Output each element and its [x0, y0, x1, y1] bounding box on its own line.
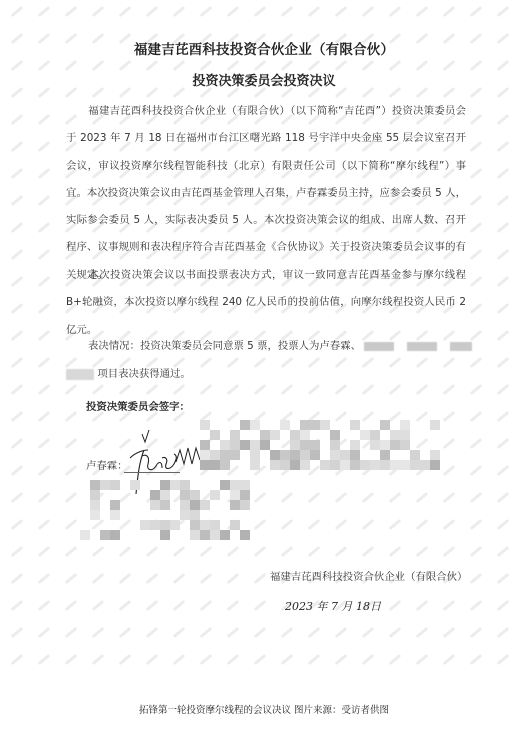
- watermark-mark: [92, 438, 105, 449]
- watermark-mark: [227, 6, 240, 17]
- document-subtitle: 投资决策委员会投资决议: [0, 70, 528, 89]
- watermark-mark: [65, 573, 78, 584]
- watermark-mark: [65, 438, 78, 449]
- watermark-mark: [200, 600, 213, 611]
- watermark-mark: [65, 465, 78, 476]
- watermark-mark: [146, 654, 159, 665]
- watermark-mark: [146, 627, 159, 638]
- redaction-pixel: [140, 520, 150, 530]
- signature-heading: 投资决策委员会签字：: [86, 398, 190, 413]
- watermark-mark: [119, 573, 132, 584]
- watermark-mark: [11, 303, 24, 314]
- watermark-mark: [416, 600, 429, 611]
- redaction-pixel: [240, 440, 250, 450]
- watermark-mark: [281, 519, 294, 530]
- watermark-mark: [38, 330, 51, 341]
- watermark-mark: [281, 492, 294, 503]
- redaction-pixel: [160, 480, 170, 490]
- watermark-mark: [254, 600, 267, 611]
- redaction-pixel: [80, 530, 90, 540]
- watermark-mark: [416, 492, 429, 503]
- watermark-mark: [227, 546, 240, 557]
- watermark-mark: [173, 546, 186, 557]
- watermark-mark: [227, 384, 240, 395]
- redaction-pixel: [380, 460, 390, 470]
- redaction-pixel: [300, 420, 310, 430]
- redaction-pixel: [240, 490, 250, 500]
- redaction-pixel: [350, 420, 360, 430]
- redaction-pixel: [170, 520, 180, 530]
- redaction-pixel: [270, 460, 280, 470]
- watermark-mark: [38, 6, 51, 17]
- watermark-mark: [254, 492, 267, 503]
- watermark-mark: [470, 465, 483, 476]
- watermark-mark: [443, 6, 456, 17]
- watermark-mark: [281, 546, 294, 557]
- redaction-pixel: [300, 430, 310, 440]
- watermark-mark: [389, 600, 402, 611]
- redaction-pixel: [160, 520, 170, 530]
- redaction-pixel: [180, 480, 190, 490]
- watermark-mark: [497, 141, 510, 152]
- redaction-pixel: [430, 460, 440, 470]
- redaction-pixel: [270, 430, 280, 440]
- watermark-mark: [119, 546, 132, 557]
- watermark-mark: [416, 357, 429, 368]
- watermark-mark: [281, 654, 294, 665]
- watermark-mark: [497, 519, 510, 530]
- watermark-mark: [254, 546, 267, 557]
- redaction-pixel: [370, 440, 380, 450]
- watermark-mark: [92, 384, 105, 395]
- watermark-mark: [11, 411, 24, 422]
- watermark-mark: [362, 519, 375, 530]
- watermark-mark: [38, 114, 51, 125]
- redaction-pixel: [190, 530, 200, 540]
- redaction-pixel: [210, 520, 220, 530]
- watermark-mark: [470, 249, 483, 260]
- watermark-mark: [119, 654, 132, 665]
- watermark-mark: [416, 519, 429, 530]
- watermark-mark: [92, 600, 105, 611]
- watermark-mark: [470, 573, 483, 584]
- watermark-mark: [416, 654, 429, 665]
- redaction-pixel: [330, 450, 340, 460]
- watermark-mark: [38, 465, 51, 476]
- watermark-mark: [11, 384, 24, 395]
- watermark-mark: [443, 492, 456, 503]
- watermark-mark: [470, 384, 483, 395]
- watermark-mark: [11, 195, 24, 206]
- redacted-name: [407, 342, 437, 351]
- redaction-pixel: [320, 460, 330, 470]
- watermark-mark: [254, 627, 267, 638]
- redaction-pixel: [300, 460, 310, 470]
- watermark-mark: [470, 411, 483, 422]
- watermark-mark: [497, 411, 510, 422]
- watermark-mark: [65, 384, 78, 395]
- redaction-pixel: [230, 500, 240, 510]
- redaction-pixel: [230, 490, 240, 500]
- image-caption: 拓锋第一轮投资摩尔线程的会议决议 图片来源：受访者供图: [0, 702, 528, 716]
- watermark-mark: [470, 195, 483, 206]
- redaction-pixel: [200, 500, 210, 510]
- watermark-mark: [65, 492, 78, 503]
- watermark-mark: [470, 600, 483, 611]
- vote-result-line: 表决情况：投资决策委员会同意票 5 票，投票人为卢春霖、: [88, 337, 472, 352]
- watermark-mark: [65, 654, 78, 665]
- redacted-name: [66, 369, 94, 380]
- redaction-pixel: [290, 450, 300, 460]
- watermark-mark: [362, 492, 375, 503]
- watermark-mark: [38, 384, 51, 395]
- redaction-pixel: [270, 450, 280, 460]
- redaction-pixel: [90, 510, 100, 520]
- watermark-mark: [389, 654, 402, 665]
- redaction-pixel: [90, 490, 100, 500]
- watermark-mark: [119, 600, 132, 611]
- redaction-pixel: [220, 480, 230, 490]
- redaction-pixel: [380, 450, 390, 460]
- watermark-mark: [497, 573, 510, 584]
- watermark-mark: [11, 492, 24, 503]
- redaction-pixel: [230, 440, 240, 450]
- watermark-mark: [443, 519, 456, 530]
- watermark-mark: [38, 627, 51, 638]
- redaction-pixel: [250, 450, 260, 460]
- watermark-mark: [38, 573, 51, 584]
- watermark-mark: [497, 249, 510, 260]
- watermark-mark: [227, 357, 240, 368]
- watermark-mark: [470, 546, 483, 557]
- watermark-mark: [200, 573, 213, 584]
- watermark-mark: [362, 384, 375, 395]
- watermark-mark: [362, 627, 375, 638]
- watermark-mark: [146, 6, 159, 17]
- watermark-mark: [497, 438, 510, 449]
- watermark-mark: [470, 627, 483, 638]
- watermark-mark: [92, 546, 105, 557]
- watermark-mark: [443, 411, 456, 422]
- redaction-pixel: [200, 420, 210, 430]
- redaction-pixel: [180, 510, 190, 520]
- redaction-pixel: [230, 450, 240, 460]
- redaction-pixel: [370, 430, 380, 440]
- watermark-mark: [92, 654, 105, 665]
- redaction-pixel: [430, 450, 440, 460]
- watermark-mark: [11, 114, 24, 125]
- redaction-pixel: [160, 530, 170, 540]
- redaction-pixel: [130, 480, 140, 490]
- watermark-mark: [497, 6, 510, 17]
- redaction-pixel: [210, 430, 220, 440]
- watermark-mark: [335, 384, 348, 395]
- watermark-mark: [38, 168, 51, 179]
- watermark-mark: [470, 438, 483, 449]
- watermark-mark: [308, 627, 321, 638]
- watermark-mark: [38, 276, 51, 287]
- watermark-mark: [146, 384, 159, 395]
- watermark-mark: [416, 384, 429, 395]
- redaction-pixel: [200, 520, 210, 530]
- watermark-mark: [335, 411, 348, 422]
- watermark-mark: [470, 357, 483, 368]
- redaction-pixel: [280, 420, 290, 430]
- watermark-mark: [470, 141, 483, 152]
- redaction-pixel: [330, 440, 340, 450]
- redaction-pixel: [360, 460, 370, 470]
- watermark-mark: [38, 141, 51, 152]
- redaction-pixel: [280, 450, 290, 460]
- redaction-pixel: [160, 500, 170, 510]
- redaction-pixel: [380, 440, 390, 450]
- redaction-pixel: [90, 480, 100, 490]
- watermark-mark: [308, 519, 321, 530]
- redaction-pixel: [420, 460, 430, 470]
- redaction-pixel: [400, 440, 410, 450]
- watermark-mark: [38, 249, 51, 260]
- watermark-mark: [254, 357, 267, 368]
- redaction-pixel: [110, 500, 120, 510]
- redacted-name: [450, 342, 472, 351]
- watermark-mark: [362, 411, 375, 422]
- watermark-mark: [200, 654, 213, 665]
- watermark-mark: [227, 627, 240, 638]
- watermark-mark: [497, 600, 510, 611]
- redaction-pixel: [280, 460, 290, 470]
- redaction-pixel: [340, 460, 350, 470]
- watermark-mark: [443, 465, 456, 476]
- redaction-pixel: [430, 420, 440, 430]
- watermark-mark: [389, 6, 402, 17]
- redaction-pixel: [330, 460, 340, 470]
- watermark-mark: [335, 6, 348, 17]
- signature-underline: [124, 472, 180, 473]
- redaction-pixel: [380, 420, 390, 430]
- watermark-mark: [362, 6, 375, 17]
- redaction-pixel: [340, 450, 350, 460]
- watermark-mark: [308, 384, 321, 395]
- redaction-pixel: [230, 430, 240, 440]
- watermark-mark: [11, 141, 24, 152]
- watermark-mark: [38, 222, 51, 233]
- watermark-mark: [65, 546, 78, 557]
- watermark-mark: [389, 546, 402, 557]
- watermark-mark: [173, 6, 186, 17]
- watermark-mark: [11, 357, 24, 368]
- watermark-mark: [227, 600, 240, 611]
- watermark-mark: [65, 6, 78, 17]
- watermark-mark: [389, 519, 402, 530]
- redaction-pixel: [220, 450, 230, 460]
- redaction-pixel: [320, 420, 330, 430]
- watermark-mark: [11, 573, 24, 584]
- watermark-mark: [335, 492, 348, 503]
- watermark-mark: [497, 276, 510, 287]
- redaction-pixel: [150, 490, 160, 500]
- watermark-mark: [11, 519, 24, 530]
- redaction-pixel: [180, 490, 190, 500]
- watermark-mark: [443, 546, 456, 557]
- watermark-mark: [173, 600, 186, 611]
- redaction-pixel: [390, 430, 400, 440]
- vote-result-suffix: 项目表决获得通过。: [97, 368, 191, 380]
- redaction-pixel: [290, 460, 300, 470]
- watermark-mark: [146, 600, 159, 611]
- watermark-mark: [497, 114, 510, 125]
- redacted-name: [364, 342, 394, 351]
- redaction-pixel: [210, 530, 220, 540]
- watermark-mark: [470, 6, 483, 17]
- watermark-mark: [11, 222, 24, 233]
- watermark-mark: [38, 195, 51, 206]
- watermark-mark: [416, 438, 429, 449]
- redaction-pixel: [400, 420, 410, 430]
- redaction-pixel: [200, 530, 210, 540]
- redaction-pixel: [100, 480, 110, 490]
- watermark-mark: [308, 654, 321, 665]
- watermark-mark: [416, 411, 429, 422]
- redaction-pixel: [290, 430, 300, 440]
- redaction-pixel: [150, 500, 160, 510]
- redaction-pixel: [390, 460, 400, 470]
- watermark-mark: [38, 492, 51, 503]
- watermark-mark: [497, 168, 510, 179]
- watermark-mark: [11, 249, 24, 260]
- redaction-pixel: [250, 460, 260, 470]
- watermark-mark: [92, 627, 105, 638]
- watermark-mark: [470, 222, 483, 233]
- watermark-mark: [335, 654, 348, 665]
- watermark-mark: [335, 546, 348, 557]
- watermark-mark: [11, 546, 24, 557]
- redaction-pixel: [400, 460, 410, 470]
- watermark-mark: [470, 330, 483, 341]
- watermark-mark: [416, 6, 429, 17]
- watermark-mark: [38, 654, 51, 665]
- redaction-pixel: [300, 440, 310, 450]
- watermark-mark: [389, 492, 402, 503]
- redaction-pixel: [250, 440, 260, 450]
- watermark-mark: [335, 519, 348, 530]
- watermark-mark: [335, 627, 348, 638]
- watermark-mark: [443, 627, 456, 638]
- watermark-mark: [389, 357, 402, 368]
- watermark-mark: [92, 573, 105, 584]
- watermark-mark: [11, 465, 24, 476]
- watermark-mark: [119, 627, 132, 638]
- watermark-mark: [200, 6, 213, 17]
- watermark-mark: [281, 384, 294, 395]
- watermark-mark: [497, 465, 510, 476]
- redaction-pixel: [310, 450, 320, 460]
- paragraph-text-1: 福建吉芘酉科技投资合伙企业（有限合伙）（以下简称“吉芘酉”）投资决策委员会于 2…: [66, 105, 466, 281]
- watermark-mark: [11, 600, 24, 611]
- watermark-mark: [11, 330, 24, 341]
- redaction-pixel: [180, 500, 190, 510]
- watermark-mark: [254, 519, 267, 530]
- redaction-pixel: [190, 490, 200, 500]
- redaction-pixel: [200, 450, 210, 460]
- watermark-mark: [38, 546, 51, 557]
- redaction-pixel: [110, 530, 120, 540]
- redaction-pixel: [190, 510, 200, 520]
- watermark-mark: [470, 168, 483, 179]
- watermark-mark: [200, 627, 213, 638]
- watermark-mark: [362, 654, 375, 665]
- redaction-pixel: [190, 500, 200, 510]
- watermark-mark: [11, 438, 24, 449]
- paragraph-resolution: 本次投资决策会议以书面投票表决方式，审议一致同意吉芘酉基金参与摩尔线程 B+轮融…: [66, 262, 466, 344]
- redaction-pixel: [110, 510, 120, 520]
- redaction-pixel: [240, 420, 250, 430]
- watermark-mark: [92, 6, 105, 17]
- watermark-mark: [308, 546, 321, 557]
- vote-result-line-2: 项目表决获得通过。: [66, 365, 191, 380]
- watermark-mark: [38, 600, 51, 611]
- watermark-mark: [497, 546, 510, 557]
- watermark-mark: [65, 600, 78, 611]
- watermark-mark: [38, 438, 51, 449]
- watermark-mark: [11, 654, 24, 665]
- watermark-mark: [470, 492, 483, 503]
- watermark-mark: [443, 357, 456, 368]
- document-page: 福建吉芘酉科技投资合伙企业（有限合伙） 投资决策委员会投资决议 福建吉芘酉科技投…: [0, 0, 528, 680]
- watermark-mark: [281, 6, 294, 17]
- redaction-pixel: [350, 460, 360, 470]
- vote-result-text: 表决情况：投资决策委员会同意票 5 票，投票人为卢春霖、: [88, 340, 361, 352]
- redaction-pixel: [160, 490, 170, 500]
- redaction-pixel: [110, 480, 120, 490]
- watermark-mark: [497, 303, 510, 314]
- watermark-mark: [470, 654, 483, 665]
- watermark-mark: [443, 654, 456, 665]
- watermark-mark: [470, 276, 483, 287]
- watermark-mark: [443, 384, 456, 395]
- redaction-pixel: [310, 420, 320, 430]
- redaction-pixel: [400, 430, 410, 440]
- redaction-pixel: [220, 440, 230, 450]
- watermark-mark: [497, 222, 510, 233]
- redaction-pixel: [250, 420, 260, 430]
- redaction-pixel: [200, 440, 210, 450]
- watermark-mark: [227, 573, 240, 584]
- watermark-mark: [38, 411, 51, 422]
- redaction-pixel: [210, 460, 220, 470]
- watermark-mark: [443, 438, 456, 449]
- redaction-pixel: [90, 500, 100, 510]
- watermark-mark: [38, 519, 51, 530]
- redaction-pixel: [240, 530, 250, 540]
- watermark-mark: [200, 357, 213, 368]
- redaction-pixel: [360, 430, 370, 440]
- redaction-pixel: [190, 520, 200, 530]
- watermark-mark: [389, 627, 402, 638]
- watermark-mark: [200, 384, 213, 395]
- redaction-pixel: [310, 440, 320, 450]
- watermark-mark: [173, 654, 186, 665]
- watermark-mark: [470, 114, 483, 125]
- redaction-pixel: [350, 440, 360, 450]
- watermark-mark: [119, 6, 132, 17]
- watermark-mark: [119, 384, 132, 395]
- redaction-pixel: [410, 450, 420, 460]
- redaction-pixel: [200, 460, 210, 470]
- watermark-mark: [119, 519, 132, 530]
- watermark-mark: [497, 627, 510, 638]
- redaction-pixel: [240, 500, 250, 510]
- watermark-mark: [497, 654, 510, 665]
